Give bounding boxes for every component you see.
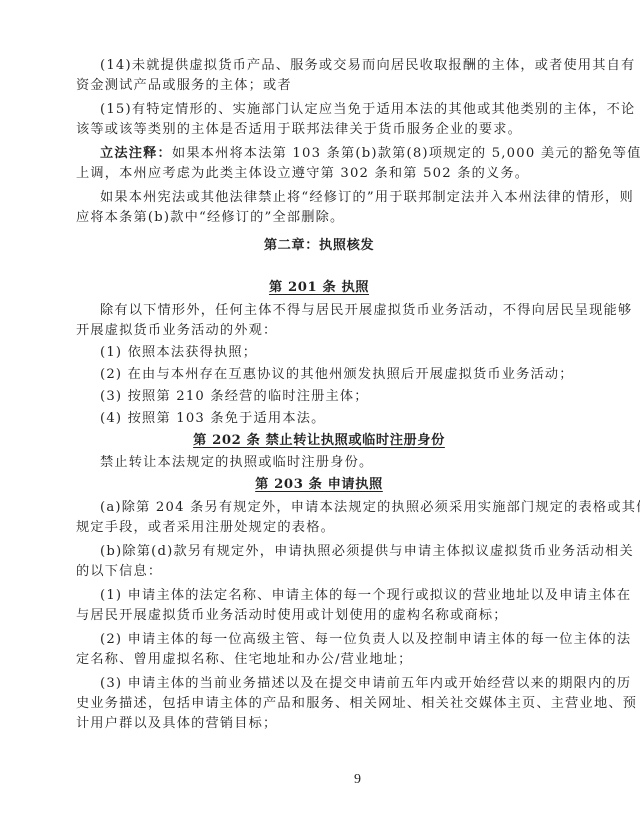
section-201-intro-line2: 开展虚拟货币业务活动的外观：	[76, 321, 562, 341]
section-203-item3-line2: 史业务描述，包括申请主体的产品和服务、相关网址、相关社交媒体主页、主营业地、预	[76, 694, 562, 714]
page-number: 9	[354, 772, 361, 788]
amendment-note-line2: 应将本条第(b)款中“经修订的”全部删除。	[76, 208, 562, 228]
chapter-title: 第二章：执照核发	[76, 236, 562, 256]
section-203-b-line1: (b)除第(d)款另有规定外，申请执照必须提供与申请主体拟议虚拟货币业务活动相关	[100, 542, 562, 562]
section-201-item: (3) 按照第 210 条经营的临时注册主体；	[100, 387, 562, 407]
section-201-item: (1) 依照本法获得执照；	[100, 343, 562, 363]
section-203-item2-line1: (2) 申请主体的每一位高级主管、每一位负责人以及控制申请主体的每一位主体的法	[100, 630, 562, 650]
section-203-b-line2: 的以下信息：	[76, 562, 562, 582]
section-203-item1-line1: (1) 申请主体的法定名称、申请主体的每一个现行或拟议的营业地址以及申请主体在	[100, 586, 562, 606]
section-203-title: 第 203 条 申请执照	[76, 475, 562, 495]
section-203-item2-line2: 定名称、曾用虚拟名称、住宅地址和办公/营业地址；	[76, 650, 562, 670]
section-201-item: (2) 在由与本州存在互惠协议的其他州颁发执照后开展虚拟货币业务活动；	[100, 365, 562, 385]
section-203-item1-line2: 与居民开展虚拟货币业务活动时使用或计划使用的虚构名称或商标；	[76, 606, 562, 626]
paragraph-15-line2: 该等或该等类别的主体是否适用于联邦法律关于货币服务企业的要求。	[76, 120, 562, 140]
legislative-note-line1: 立法注释：如果本州将本法第 103 条第(b)款第(8)项规定的 5,000 美…	[100, 144, 562, 164]
section-203-item3-line3: 计用户群以及具体的营销目标；	[76, 714, 562, 734]
amendment-note-line1: 如果本州宪法或其他法律禁止将“经修订的”用于联邦制定法并入本州法律的情形，则	[100, 188, 562, 208]
section-203-a-line1: (a)除第 204 条另有规定外，申请本法规定的执照必须采用实施部门规定的表格或…	[100, 498, 562, 518]
paragraph-14-line1: (14)未就提供虚拟货币产品、服务或交易而向居民收取报酬的主体，或者使用其自有	[100, 56, 562, 76]
paragraph-14-line2: 资金测试产品或服务的主体；或者	[76, 76, 562, 96]
section-203-a-line2: 规定手段，或者采用注册处规定的表格。	[76, 518, 562, 538]
paragraph-15-line1: (15)有特定情形的、实施部门认定应当免于适用本法的其他或其他类别的主体，不论	[100, 100, 562, 120]
legislative-note-label: 立法注释：	[100, 146, 172, 161]
section-202-body: 禁止转让本法规定的执照或临时注册身份。	[100, 453, 562, 473]
section-201-item: (4) 按照第 103 条免于适用本法。	[100, 409, 562, 429]
legislative-note-text: 如果本州将本法第 103 条第(b)款第(8)项规定的 5,000 美元的豁免等…	[172, 146, 640, 161]
section-201-title: 第 201 条 执照	[76, 278, 562, 298]
section-203-item3-line1: (3) 申请主体的当前业务描述以及在提交申请前五年内或开始经营以来的期限内的历	[100, 674, 562, 694]
section-202-title: 第 202 条 禁止转让执照或临时注册身份	[76, 431, 562, 451]
section-201-intro-line1: 除有以下情形外，任何主体不得与居民开展虚拟货币业务活动，不得向居民呈现能够	[100, 301, 562, 321]
legislative-note-line2: 上调，本州应考虑为此类主体设立遵守第 302 条和第 502 条的义务。	[76, 164, 562, 184]
